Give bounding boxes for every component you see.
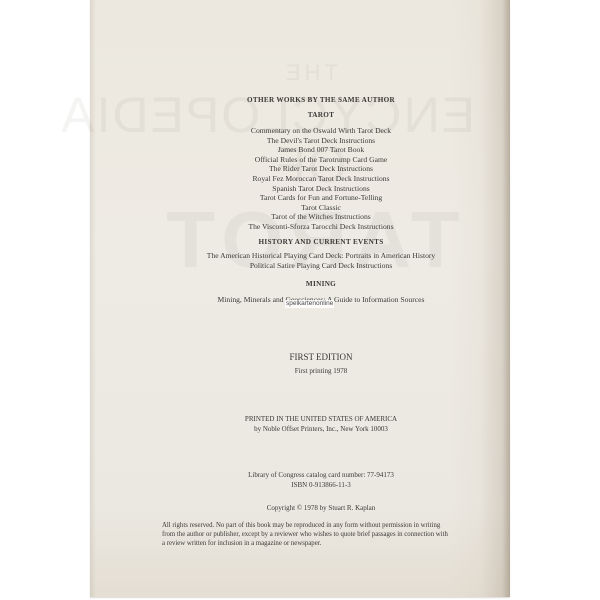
legal-line: a review written for inclusion in a maga…	[162, 539, 472, 548]
loc-catalog-number: Library of Congress catalog card number:…	[248, 471, 394, 479]
work-title: Royal Fez Moroccan Tarot Deck Instructio…	[252, 174, 389, 183]
work-title: James Bond 007 Tarot Book	[278, 145, 364, 154]
work-title: Tarot of the Witches Instructions	[271, 212, 370, 221]
watermark-label: spelkartenonline	[285, 300, 334, 308]
legal-line: from the author or publisher, except by …	[162, 530, 472, 539]
isbn: ISBN 0-913866-11-3	[291, 481, 350, 489]
work-title: The Rider Tarot Deck Instructions	[269, 164, 373, 173]
section-title-tarot: TAROT	[308, 111, 335, 119]
legal-line: All rights reserved. No part of this boo…	[162, 521, 472, 530]
other-works-heading: OTHER WORKS BY THE SAME AUTHOR	[247, 96, 395, 104]
printing-line: First printing 1978	[295, 367, 348, 375]
printer-name-line: by Noble Offset Printers, Inc., New York…	[254, 425, 388, 433]
edition-title: FIRST EDITION	[289, 352, 352, 362]
work-title: The American Historical Playing Card Dec…	[207, 251, 435, 260]
work-title: Commentary on the Oswald Wirth Tarot Dec…	[251, 126, 391, 135]
bleed-line-1: THE	[145, 62, 475, 84]
work-title: Political Satire Playing Card Deck Instr…	[250, 261, 392, 270]
section-title-mining: MINING	[306, 280, 336, 288]
work-title: Tarot Cards for Fun and Fortune-Telling	[260, 193, 382, 202]
work-title: The Visconti-Sforza Tarocchi Deck Instru…	[248, 222, 393, 231]
work-title: The Devil's Tarot Deck Instructions	[267, 136, 375, 145]
work-title: Spanish Tarot Deck Instructions	[272, 184, 369, 193]
printed-in-line: PRINTED IN THE UNITED STATES OF AMERICA	[245, 415, 397, 423]
copyright-notice: Copyright © 1978 by Stuart R. Kaplan	[267, 504, 376, 512]
section-title-history: HISTORY AND CURRENT EVENTS	[258, 238, 383, 246]
rights-reserved-notice: All rights reserved. No part of this boo…	[162, 521, 472, 548]
work-title: Official Rules of the Tarotrump Card Gam…	[255, 155, 387, 164]
work-title: Tarot Classic	[301, 203, 341, 212]
